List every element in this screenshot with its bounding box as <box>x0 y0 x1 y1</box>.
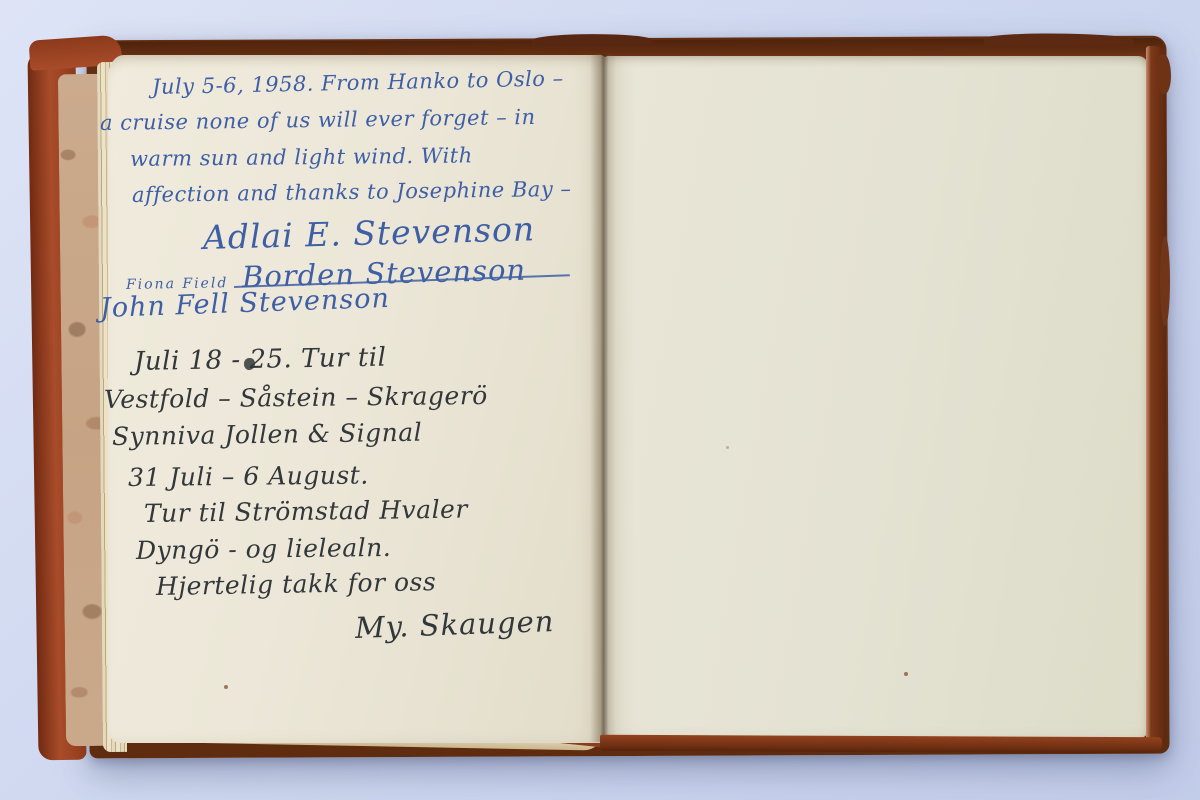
paper-speck <box>224 685 228 689</box>
handwriting-line: 31 Juli – 6 August. <box>128 460 369 492</box>
handwriting-line: July 5-6, 1958. From Hanko to Oslo – <box>152 66 564 99</box>
photograph-of-guestbook: July 5-6, 1958. From Hanko to Oslo – a c… <box>0 0 1200 800</box>
paper-speck <box>726 446 729 449</box>
paper-speck <box>904 672 908 676</box>
book-cover-bottom-edge <box>600 735 1162 753</box>
handwriting-line: a cruise none of us will ever forget – i… <box>100 105 536 135</box>
handwriting-line: Synniva Jollen & Signal <box>112 418 423 451</box>
handwriting-line: Hjertelig takk for oss <box>156 567 437 601</box>
left-page: July 5-6, 1958. From Hanko to Oslo – a c… <box>108 55 608 743</box>
handwriting-line: Tur til Strömstad Hvaler <box>144 494 468 528</box>
handwriting-line: Vestfold – Såstein – Skragerö <box>104 381 488 414</box>
handwriting-line: warm sun and light wind. With <box>130 143 473 171</box>
handwriting-line: affection and thanks to Josephine Bay – <box>132 177 572 207</box>
right-page-blank <box>604 56 1148 738</box>
signature-adlai-stevenson: Adlai E. Stevenson <box>202 209 535 257</box>
book-cover-right-edge <box>1146 46 1166 752</box>
gutter-shadow <box>590 54 616 742</box>
handwriting-line: Juli 18 - 25. Tur til <box>134 343 387 377</box>
signature-skaugen: My. Skaugen <box>354 604 555 645</box>
handwriting-line: Dyngö - og lielealn. <box>136 533 392 565</box>
